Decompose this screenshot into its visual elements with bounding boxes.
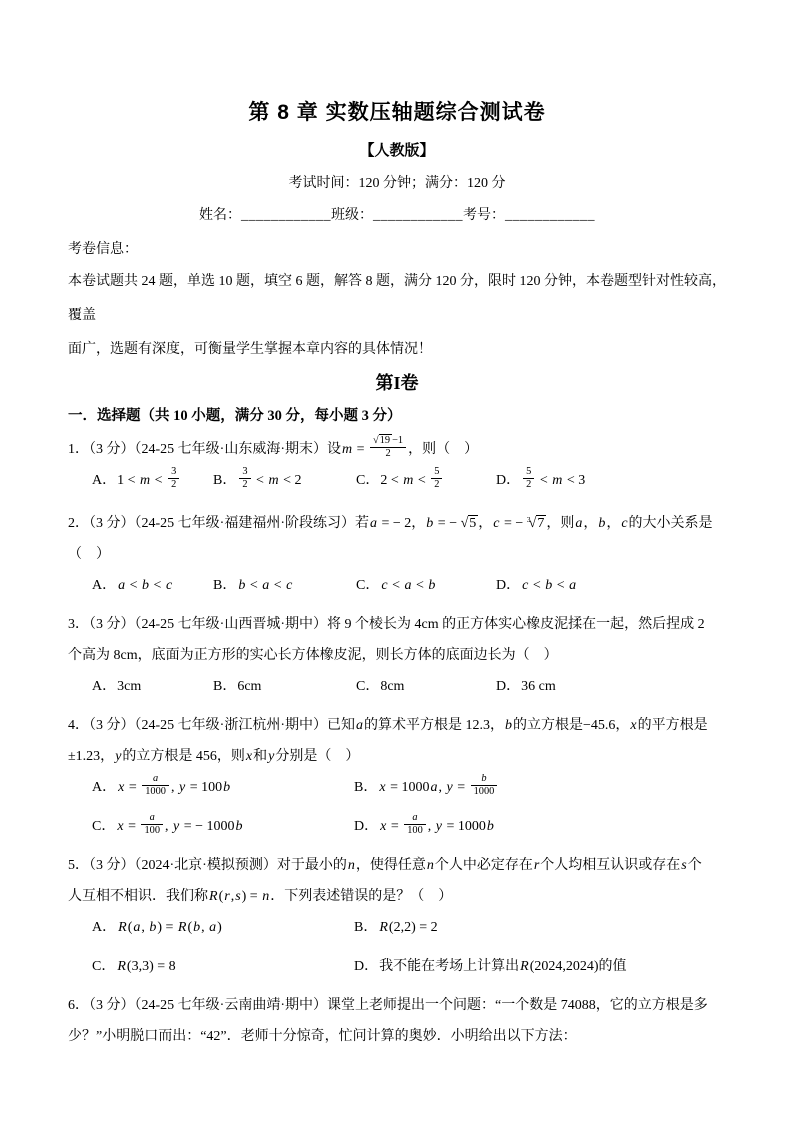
- question-4: 4．（3 分）（24-25 七年级·浙江杭州·期中）已知a的算术平方根是 12.…: [68, 710, 726, 842]
- question-3-option-C: C．8cm: [356, 671, 496, 702]
- question-3-option-D: D．36 cm: [496, 671, 726, 702]
- question-5-option-D: D．我不能在考场上计算出R(2024,2024)的值: [354, 951, 726, 982]
- question-1-options: A．1 < m < 32B．32 < m < 2C．2 < m < 52D．52…: [68, 465, 726, 496]
- question-4-option-A: A．x = a1000, y = 100b: [92, 772, 354, 803]
- question-5: 5．（3 分）（2024·北京·模拟预测）对于最小的n，使得任意n个人中必定存在…: [68, 850, 726, 982]
- question-2-options: A．a < b < cB．b < a < cC．c < a < bD．c < b…: [68, 570, 726, 601]
- question-2-option-C: C．c < a < b: [356, 570, 496, 601]
- question-3-option-B: B．6cm: [213, 671, 356, 702]
- question-3-option-A: A．3cm: [92, 671, 213, 702]
- student-info-line: 姓名：____________班级：____________考号：_______…: [68, 206, 726, 226]
- question-2: 2．（3 分）（24-25 七年级·福建福州·阶段练习）若a = − 2，b =…: [68, 504, 726, 601]
- question-1-option-D: D．52 < m < 3: [496, 465, 726, 496]
- class-label: 班级：: [331, 208, 373, 223]
- question-1-option-A: A．1 < m < 32: [92, 465, 213, 496]
- question-5-stem: 5．（3 分）（2024·北京·模拟预测）对于最小的n，使得任意n个人中必定存在…: [68, 850, 726, 912]
- test-paper-page: 第 8 章 实数压轴题综合测试卷 【人教版】 考试时间：120 分钟；满分：12…: [0, 0, 793, 1122]
- question-6: 6．（3 分）（24-25 七年级·云南曲靖·期中）课堂上老师提出一个问题：“一…: [68, 990, 726, 1052]
- section-heading: 一．选择题（共 10 小题，满分 30 分，每小题 3 分）: [68, 406, 726, 426]
- question-4-option-C: C．x = a100, y = − 1000b: [92, 811, 354, 842]
- question-6-stem: 6．（3 分）（24-25 七年级·云南曲靖·期中）课堂上老师提出一个问题：“一…: [68, 990, 726, 1052]
- exam-no-label: 考号：: [463, 208, 505, 223]
- paper-info-body: 本卷试题共 24 题，单选 10 题，填空 6 题，解答 8 题，满分 120 …: [68, 265, 726, 367]
- question-3: 3．（3 分）（24-25 七年级·山西晋城·期中）将 9 个棱长为 4cm 的…: [68, 609, 726, 702]
- question-2-option-D: D．c < b < a: [496, 570, 726, 601]
- question-4-option-D: D．x = a100, y = 1000b: [354, 811, 726, 842]
- question-3-options: A．3cmB．6cmC．8cmD．36 cm: [68, 671, 726, 702]
- question-2-stem: 2．（3 分）（24-25 七年级·福建福州·阶段练习）若a = − 2，b =…: [68, 504, 726, 570]
- paper-info-heading: 考卷信息：: [68, 240, 726, 260]
- exam-time-score: 考试时间：120 分钟；满分：120 分: [68, 174, 726, 194]
- exam-no-blank: ____________: [505, 208, 595, 223]
- question-4-options: A．x = a1000, y = 100bB．x = 1000a, y = b1…: [68, 772, 726, 842]
- class-blank: ____________: [373, 208, 463, 223]
- question-5-option-B: B．R(2,2) = 2: [354, 912, 726, 943]
- question-3-stem: 3．（3 分）（24-25 七年级·山西晋城·期中）将 9 个棱长为 4cm 的…: [68, 609, 726, 671]
- question-4-option-B: B．x = 1000a, y = b1000: [354, 772, 726, 803]
- name-label: 姓名：: [199, 208, 241, 223]
- question-2-option-A: A．a < b < c: [92, 570, 213, 601]
- volume-title: 第I卷: [68, 370, 726, 396]
- questions-list: 1．（3 分）（24-25 七年级·山东威海·期末）设m = √19−12，则（…: [68, 434, 726, 1052]
- question-1-option-B: B．32 < m < 2: [213, 465, 356, 496]
- name-blank: ____________: [241, 208, 331, 223]
- question-2-option-B: B．b < a < c: [213, 570, 356, 601]
- paper-title: 第 8 章 实数压轴题综合测试卷: [68, 99, 726, 126]
- question-5-option-C: C．R(3,3) = 8: [92, 951, 354, 982]
- question-5-options: A．R(a, b) = R(b, a)B．R(2,2) = 2C．R(3,3) …: [68, 912, 726, 982]
- question-4-stem: 4．（3 分）（24-25 七年级·浙江杭州·期中）已知a的算术平方根是 12.…: [68, 710, 726, 772]
- question-1-option-C: C．2 < m < 52: [356, 465, 496, 496]
- question-1-stem: 1．（3 分）（24-25 七年级·山东威海·期末）设m = √19−12，则（…: [68, 434, 726, 465]
- question-1: 1．（3 分）（24-25 七年级·山东威海·期末）设m = √19−12，则（…: [68, 434, 726, 496]
- question-5-option-A: A．R(a, b) = R(b, a): [92, 912, 354, 943]
- edition-label: 【人教版】: [68, 141, 726, 161]
